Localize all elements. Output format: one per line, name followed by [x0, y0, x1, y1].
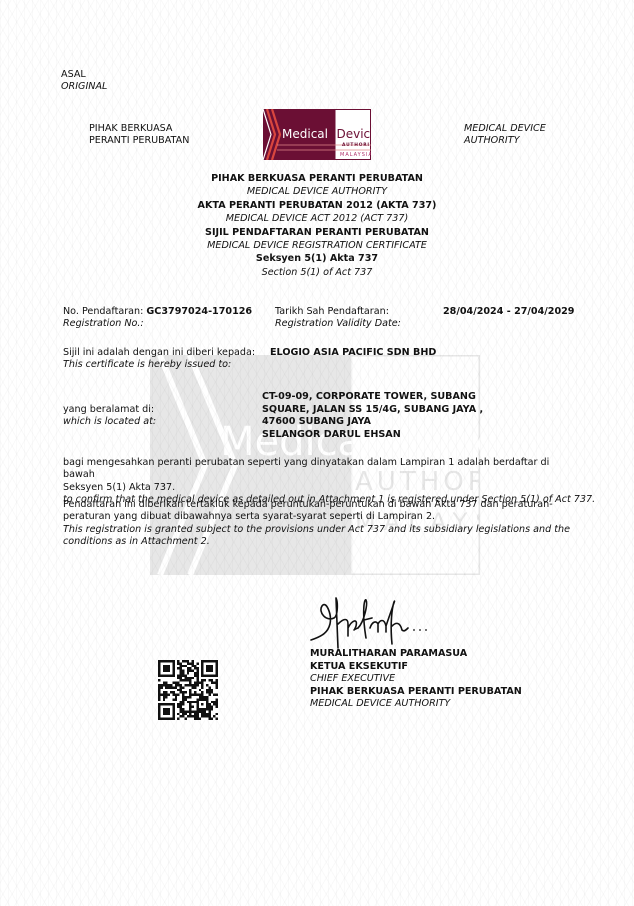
title-line: AKTA PERANTI PERUBATAN 2012 (AKTA 737) [117, 199, 517, 212]
signatory-title-ms: KETUA EKSEKUTIF [310, 661, 522, 674]
title-line: Section 5(1) of Act 737 [117, 266, 517, 279]
p2-ms-line1: Pendaftaran ini diberikan tertakluk kepa… [63, 499, 583, 511]
address-value: CT-09-09, CORPORATE TOWER, SUBANG SQUARE… [262, 391, 483, 441]
paragraph-conditions: Pendaftaran ini diberikan tertakluk kepa… [63, 499, 583, 549]
header-right-line2: AUTHORITY [464, 135, 546, 147]
issued-to-label: Sijil ini adalah dengan ini diberi kepad… [63, 347, 255, 372]
svg-text:AUTHORITY: AUTHORITY [342, 142, 371, 148]
signature-image [308, 594, 433, 650]
issued-to-label-ms: Sijil ini adalah dengan ini diberi kepad… [63, 347, 255, 359]
signatory-org-ms: PIHAK BERKUASA PERANTI PERUBATAN [310, 686, 522, 699]
svg-text:MALAYSIA: MALAYSIA [340, 152, 371, 158]
p1-ms-line1: bagi mengesahkan peranti perubatan seper… [63, 457, 583, 482]
signatory-title-en: CHIEF EXECUTIVE [310, 673, 522, 686]
header-left-line1: PIHAK BERKUASA [89, 123, 189, 135]
address-line: SELANGOR DARUL EHSAN [262, 429, 483, 442]
signatory-name: MURALITHARAN PARAMASUA [310, 648, 522, 661]
title-line: SIJIL PENDAFTARAN PERANTI PERUBATAN [117, 226, 517, 239]
copy-label-en: ORIGINAL [61, 81, 107, 93]
title-block: PIHAK BERKUASA PERANTI PERUBATAN MEDICAL… [117, 172, 517, 279]
title-line: MEDICAL DEVICE AUTHORITY [117, 185, 517, 198]
svg-text:Medical: Medical [282, 127, 328, 141]
issued-to-label-en: This certificate is hereby issued to: [63, 359, 255, 371]
title-line: PIHAK BERKUASA PERANTI PERUBATAN [117, 172, 517, 185]
address-label-en: which is located at: [63, 416, 156, 428]
holder-name: ELOGIO ASIA PACIFIC SDN BHD [270, 347, 436, 359]
signatory-org-en: MEDICAL DEVICE AUTHORITY [310, 698, 522, 711]
copy-label: ASAL ORIGINAL [61, 69, 107, 94]
registration-number: No. Pendaftaran: GC3797024-170126 Regist… [63, 306, 252, 331]
title-line: MEDICAL DEVICE REGISTRATION CERTIFICATE [117, 239, 517, 252]
registration-no-label-ms: No. Pendaftaran: [63, 306, 143, 317]
address-line: SQUARE, JALAN SS 15/4G, SUBANG JAYA , [262, 404, 483, 417]
qr-code [158, 660, 218, 720]
svg-text:Device: Device [337, 127, 372, 141]
p2-en-line1: This registration is granted subject to … [63, 524, 583, 536]
copy-label-ms: ASAL [61, 69, 107, 81]
p1-ms-line2: Seksyen 5(1) Akta 737. [63, 482, 583, 494]
header-authority-ms: PIHAK BERKUASA PERANTI PERUBATAN [89, 123, 189, 148]
address-line: CT-09-09, CORPORATE TOWER, SUBANG [262, 391, 483, 404]
address-label-ms: yang beralamat di: [63, 404, 156, 416]
address-label: yang beralamat di: which is located at: [63, 404, 156, 429]
validity-label-ms: Tarikh Sah Pendaftaran: [275, 306, 401, 318]
validity-value: 28/04/2024 - 27/04/2029 [443, 306, 574, 318]
address-line: 47600 SUBANG JAYA [262, 416, 483, 429]
p2-ms-line2: peraturan yang dibuat dibawahnya serta s… [63, 511, 583, 523]
registration-no-label-en: Registration No.: [63, 318, 252, 330]
title-line: MEDICAL DEVICE ACT 2012 (ACT 737) [117, 212, 517, 225]
title-line: Seksyen 5(1) Akta 737 [117, 252, 517, 265]
mda-logo: Medical Device AUTHORITY MALAYSIA [263, 109, 371, 160]
header-right-line1: MEDICAL DEVICE [464, 123, 546, 135]
header-authority-en: MEDICAL DEVICE AUTHORITY [464, 123, 546, 148]
registration-no-value: GC3797024-170126 [146, 306, 252, 317]
p2-en-line2: conditions as in Attachment 2. [63, 536, 583, 548]
header-left-line2: PERANTI PERUBATAN [89, 135, 189, 147]
validity-label-en: Registration Validity Date: [275, 318, 401, 330]
registration-validity-label: Tarikh Sah Pendaftaran: Registration Val… [275, 306, 401, 331]
signatory-block: MURALITHARAN PARAMASUA KETUA EKSEKUTIF C… [310, 648, 522, 711]
